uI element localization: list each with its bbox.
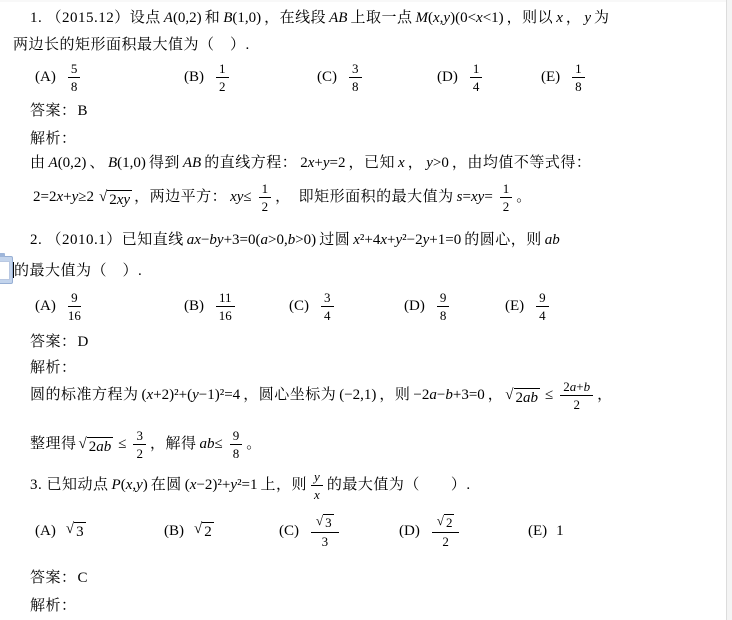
q2-options: (A)916(B)1116(C)34(D)98(E)94 — [0, 285, 732, 327]
text-run: ，由均值不等式得： — [452, 155, 592, 171]
fraction-numerator: 2a+b — [560, 379, 593, 396]
math-run: (−2,1) — [339, 387, 376, 403]
radical-sign: √ — [66, 522, 74, 538]
q1-analysis2: 2=2x+y≥2√2xy，两边平方：xy≤12， 即矩形面积的最大值为s=xy=… — [30, 177, 532, 217]
text-run: 圆的标准方程为 — [30, 387, 139, 403]
fraction-numerator: 1 — [259, 181, 272, 198]
option-label: (D) — [399, 519, 420, 543]
chevron-down-icon — [35, 263, 43, 268]
fraction: 2a+b2 — [560, 379, 593, 412]
radicand: 3 — [323, 514, 334, 531]
q2-options-b: (B)1116 — [183, 285, 239, 327]
fraction: 98 — [230, 428, 243, 461]
math-run: M(x,y)(0<x<1) — [415, 10, 503, 26]
fraction-denominator: 2 — [442, 533, 449, 549]
math-run: ab≤ — [200, 436, 223, 452]
fraction-numerator: √3 — [311, 513, 339, 533]
radical: √3 — [316, 514, 334, 531]
math-run: x — [556, 10, 563, 26]
q3-answer: 答案：C — [30, 566, 89, 590]
q2-answer: 答案：D — [30, 330, 89, 354]
fraction-numerator: √2 — [432, 513, 460, 533]
fraction-numerator: 1 — [470, 61, 483, 78]
text-run: ，解得 — [150, 436, 197, 452]
option-label: (B) — [184, 65, 204, 89]
text-run: 过圆 — [319, 232, 350, 248]
fraction-denominator: 4 — [473, 78, 480, 94]
math-run: AB — [183, 155, 201, 171]
fraction-denominator: 2 — [136, 445, 143, 461]
fraction-numerator: 3 — [321, 290, 334, 307]
fraction: √22 — [432, 513, 460, 549]
text-run: 和 — [205, 10, 221, 26]
math-run: B(1,0) — [108, 155, 146, 171]
math-run: A(0,2) — [164, 10, 202, 26]
fraction-denominator: 8 — [352, 78, 359, 94]
fraction-numerator: 9 — [536, 290, 549, 307]
roman-run: B — [78, 103, 88, 119]
option-label: (C) — [289, 294, 309, 318]
radicand: 2 — [202, 522, 214, 541]
fraction: √33 — [311, 513, 339, 549]
fraction: 98 — [437, 290, 450, 323]
text-run: 、 — [89, 155, 105, 171]
math-run: 2=2x+y≥2 — [33, 189, 94, 205]
q3-options-a: (A)√3 — [34, 510, 88, 552]
fraction: 18 — [572, 61, 585, 94]
option-label: (B) — [184, 294, 204, 318]
fraction-numerator: 9 — [230, 428, 243, 445]
clipboard-icon — [0, 256, 13, 284]
text-run: 答案： — [30, 334, 77, 350]
text-run: 1. （2015.12）设点 — [30, 10, 161, 26]
option-label: (A) — [35, 519, 56, 543]
text-run: 在圆 — [151, 477, 182, 493]
text-run: 由 — [30, 155, 46, 171]
option-label: (E) — [528, 519, 547, 543]
fraction-denominator: 16 — [219, 307, 232, 323]
text-run: ， 即矩形面积的最大值为 — [275, 189, 454, 205]
radical-sign: √ — [99, 190, 107, 206]
text-run: 解析： — [30, 598, 77, 614]
fraction-denominator: 2 — [503, 198, 510, 214]
q1-answer: 答案：B — [30, 99, 89, 123]
fraction-numerator: 1 — [216, 61, 229, 78]
option-label: (A) — [35, 294, 56, 318]
option-label: (B) — [164, 519, 184, 543]
q1-line1: 1. （2015.12）设点A(0,2)和B(1,0)，在线段AB上取一点M(x… — [30, 6, 610, 30]
radicand: 3 — [74, 522, 86, 541]
fraction-denominator: 8 — [575, 78, 582, 94]
radicand: 2ab — [87, 437, 114, 456]
text-run: ，在线段 — [264, 10, 326, 26]
math-run: x²+4x+y²−2y+1=0 — [353, 232, 461, 248]
fraction: 12 — [259, 181, 272, 214]
math-run: (x−2)²+y²=1 — [185, 477, 258, 493]
text-run: ，两边平方： — [134, 189, 227, 205]
radical: √2xy — [99, 190, 132, 209]
q3-jiexi: 解析： — [30, 594, 77, 618]
fraction-numerator: 3 — [133, 428, 146, 445]
text-run: ， — [488, 387, 504, 403]
roman-run: C — [78, 570, 88, 586]
radicand: 2ab — [514, 388, 541, 407]
text-run: 上，则 — [261, 477, 308, 493]
text-run: 的最大值为（ ）. — [327, 477, 471, 493]
q1-options: (A)58(B)12(C)38(D)14(E)18 — [0, 56, 732, 98]
fraction-numerator: 9 — [437, 290, 450, 307]
text-run: ， — [566, 10, 582, 26]
fraction: 1116 — [216, 290, 235, 323]
q3-options-b: (B)√2 — [163, 510, 216, 552]
option-label: (E) — [541, 65, 560, 89]
text-run: ，则以 — [507, 10, 554, 26]
roman-run: D — [78, 334, 89, 350]
text-run: 的圆心，则 — [464, 232, 542, 248]
fraction-denominator: 8 — [440, 307, 447, 323]
option-label: (C) — [317, 65, 337, 89]
radical-sign: √ — [437, 514, 444, 528]
q2-line1: 2. （2010.1）已知直线ax−by+3=0(a>0,b>0)过圆x²+4x… — [30, 228, 563, 252]
q3-options-d: (D)√22 — [398, 510, 463, 552]
fraction-numerator: 5 — [68, 61, 81, 78]
text-run: 两边长的矩形面积最大值为（ ）. — [13, 37, 250, 53]
fraction: 12 — [500, 181, 513, 214]
option-label: (A) — [35, 65, 56, 89]
fraction: 12 — [216, 61, 229, 94]
text-run: 解析： — [30, 131, 77, 147]
fraction-denominator: 3 — [322, 533, 329, 549]
math-run: P(x,y) — [112, 477, 148, 493]
fraction-numerator: y — [311, 469, 323, 486]
radical: √2ab — [505, 388, 540, 407]
text-run: ，则 — [379, 387, 410, 403]
math-run: 2x+y=2 — [300, 155, 345, 171]
fraction: yx — [311, 469, 323, 502]
fraction-denominator: 2 — [219, 78, 226, 94]
math-run: ax−by+3=0(a>0,b>0) — [187, 232, 316, 248]
q2-options-e: (E)94 — [504, 285, 553, 327]
text-run: 答案： — [30, 570, 77, 586]
math-run: B(1,0) — [223, 10, 261, 26]
fraction: 34 — [321, 290, 334, 323]
roman-run: 1 — [556, 519, 564, 543]
radical-sign: √ — [79, 437, 87, 453]
fraction: 38 — [349, 61, 362, 94]
fraction-denominator: 4 — [324, 307, 331, 323]
q1-line2: 两边长的矩形面积最大值为（ ）. — [13, 33, 250, 57]
paste-options-button[interactable] — [0, 252, 48, 286]
radical: √2ab — [79, 437, 114, 456]
fraction-denominator: 8 — [233, 445, 240, 461]
text-run: ，已知 — [349, 155, 396, 171]
math-run: (x+2)²+(y−1)²=4 — [142, 387, 241, 403]
q1-options-d: (D)14 — [436, 56, 486, 98]
fraction: 58 — [68, 61, 81, 94]
option-label: (C) — [279, 519, 299, 543]
q2-analysis2: 整理得√2ab≤32，解得ab≤98。 — [30, 424, 262, 464]
option-label: (E) — [505, 294, 524, 318]
q3-options: (A)√3(B)√2(C)√33(D)√22(E)1 — [0, 510, 732, 552]
text-run: ，圆心坐标为 — [243, 387, 336, 403]
text-run: 2. （2010.1）已知直线 — [30, 232, 184, 248]
q1-options-b: (B)12 — [183, 56, 233, 98]
fraction-numerator: 1 — [572, 61, 585, 78]
fraction-numerator: 9 — [68, 290, 81, 307]
math-run: y>0 — [426, 155, 449, 171]
option-label: (D) — [404, 294, 425, 318]
radical-sign: √ — [194, 522, 202, 538]
text-run: 答案： — [30, 103, 77, 119]
q2-options-d: (D)98 — [403, 285, 453, 327]
fraction-denominator: 16 — [68, 307, 81, 323]
document-content[interactable]: 1. （2015.12）设点A(0,2)和B(1,0)，在线段AB上取一点M(x… — [0, 0, 732, 620]
q3-line1: 3. 已知动点P(x,y)在圆(x−2)²+y²=1上，则yx的最大值为（ ）. — [30, 465, 471, 505]
q2-options-a: (A)916 — [34, 285, 85, 327]
fraction-numerator: 11 — [216, 290, 235, 307]
option-label: (D) — [437, 65, 458, 89]
q1-options-e: (E)18 — [540, 56, 589, 98]
text-run: 为 — [594, 10, 610, 26]
q2-analysis1: 圆的标准方程为(x+2)²+(y−1)²=4，圆心坐标为(−2,1)，则−2a−… — [30, 375, 613, 415]
text-run: ， — [597, 387, 613, 403]
fraction-numerator: 1 — [500, 181, 513, 198]
math-run: A(0,2) — [49, 155, 87, 171]
math-run: ≤ — [118, 436, 126, 452]
text-run: 的直线方程： — [204, 155, 297, 171]
text-run: 上取一点 — [350, 10, 412, 26]
text-run: 解析： — [30, 360, 77, 376]
math-run: x — [398, 155, 405, 171]
text-run: 。 — [246, 436, 262, 452]
q3-options-e: (E)1 — [527, 510, 565, 552]
radical-sign: √ — [505, 388, 513, 404]
text-run: 整理得 — [30, 436, 77, 452]
radicand: 2xy — [107, 190, 132, 209]
math-run: ab — [545, 232, 560, 248]
text-run: 3. 已知动点 — [30, 477, 109, 493]
fraction: 32 — [133, 428, 146, 461]
document-page: 1. （2015.12）设点A(0,2)和B(1,0)，在线段AB上取一点M(x… — [0, 0, 732, 620]
fraction-denominator: 2 — [262, 198, 269, 214]
math-run: −2a−b+3=0 — [413, 387, 484, 403]
fraction: 916 — [68, 290, 81, 323]
fraction-numerator: 3 — [349, 61, 362, 78]
page-right-edge — [726, 0, 732, 620]
q1-options-c: (C)38 — [316, 56, 366, 98]
fraction-denominator: 4 — [539, 307, 546, 323]
fraction-denominator: 8 — [71, 78, 78, 94]
q1-analysis1: 由A(0,2)、B(1,0)得到AB的直线方程：2x+y=2，已知x，y>0，由… — [30, 151, 591, 175]
math-run: ≤ — [545, 387, 553, 403]
q2-options-c: (C)34 — [288, 285, 338, 327]
text-run: 。 — [516, 189, 532, 205]
q1-jiexi: 解析： — [30, 127, 77, 151]
q3-options-c: (C)√33 — [278, 510, 343, 552]
radical: √2 — [194, 522, 214, 541]
page-top-edge — [0, 0, 732, 2]
text-run: ， — [408, 155, 424, 171]
q1-options-a: (A)58 — [34, 56, 84, 98]
math-run: AB — [329, 10, 347, 26]
radical: √2 — [437, 514, 455, 531]
math-run: y — [584, 10, 591, 26]
fraction: 14 — [470, 61, 483, 94]
math-run: s=xy= — [457, 189, 493, 205]
fraction: 94 — [536, 290, 549, 323]
radical: √3 — [66, 522, 86, 541]
radical-sign: √ — [316, 514, 323, 528]
radicand: 2 — [444, 514, 455, 531]
fraction-denominator: x — [314, 486, 320, 502]
text-run: 得到 — [149, 155, 180, 171]
math-run: xy≤ — [230, 189, 252, 205]
fraction-denominator: 2 — [573, 396, 580, 412]
